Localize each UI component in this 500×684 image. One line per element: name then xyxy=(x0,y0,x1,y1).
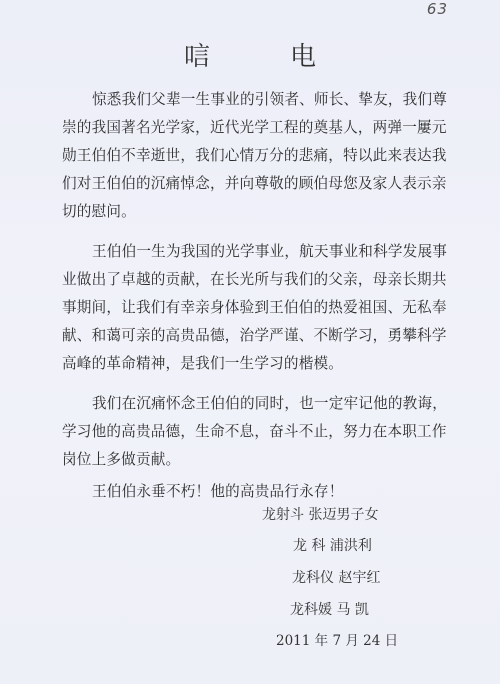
title-char-2: 电 xyxy=(290,36,316,73)
paragraph-commitment: 我们在沉痛怀念王伯伯的同时，也一定牢记他的教诲， 学习他的高贵品德，生命不息，奋… xyxy=(62,390,452,474)
text-line: 王伯伯一生为我国的光学事业，航天事业和科学发展事 xyxy=(62,238,452,266)
text-line: 我们在沉痛怀念王伯伯的同时，也一定牢记他的教诲， xyxy=(62,390,452,418)
signatory: 龙科仪 赵宇红 xyxy=(292,568,380,588)
scanned-telegram-page: 63 唁 电 惊悉我们父辈一生事业的引领者、师长、挚友，我们尊 崇的我国著名光学… xyxy=(0,0,500,684)
text-line: 王伯伯永垂不朽！他的高贵品行永存！ xyxy=(62,478,452,506)
text-line: 事期间，让我们有幸亲身体验到王伯伯的热爱祖国、无私奉 xyxy=(62,294,452,322)
text-line: 学习他的高贵品德，生命不息，奋斗不止，努力在本职工作 xyxy=(62,418,452,446)
signatory: 龙科媛 马 凯 xyxy=(290,600,369,620)
paragraph-condolence: 惊悉我们父辈一生事业的引领者、师长、挚友，我们尊 崇的我国著名光学家，近代光学工… xyxy=(62,86,452,226)
title-char-1: 唁 xyxy=(184,36,210,73)
paragraph-contributions: 王伯伯一生为我国的光学事业，航天事业和科学发展事 业做出了卓越的贡献，在长光所与… xyxy=(62,238,452,378)
text-line: 献、和蔼可亲的高贵品德，治学严谨、不断学习，勇攀科学 xyxy=(62,322,452,350)
text-line: 切的慰问。 xyxy=(62,198,452,226)
text-line: 崇的我国著名光学家，近代光学工程的奠基人，两弹一屢元 xyxy=(62,114,452,142)
signatory: 龙 科 浦洪利 xyxy=(293,536,372,556)
date: 2011 年 7 月 24 日 xyxy=(276,631,398,651)
signatory: 龙射斗 张迈男子女 xyxy=(262,505,378,525)
telegram-body: 惊悉我们父辈一生事业的引领者、师长、挚友，我们尊 崇的我国著名光学家，近代光学工… xyxy=(62,86,452,506)
paragraph-closing: 王伯伯永垂不朽！他的高贵品行永存！ xyxy=(62,478,452,506)
text-line: 们对王伯伯的沉痛悼念，并向尊敬的顾伯母您及家人表示亲 xyxy=(62,170,452,198)
text-line: 业做出了卓越的贡献，在长光所与我们的父亲，母亲长期共 xyxy=(62,266,452,294)
text-line: 高峰的革命精神，是我们一生学习的楷模。 xyxy=(62,350,452,378)
document-title: 唁 电 xyxy=(0,36,500,73)
text-line: 岗位上多做贡献。 xyxy=(62,446,452,474)
page-number: 63 xyxy=(427,0,448,18)
text-line: 勋王伯伯不幸逝世，我们心情万分的悲痛，特以此来表达我 xyxy=(62,142,452,170)
text-line: 惊悉我们父辈一生事业的引领者、师长、挚友，我们尊 xyxy=(62,86,452,114)
